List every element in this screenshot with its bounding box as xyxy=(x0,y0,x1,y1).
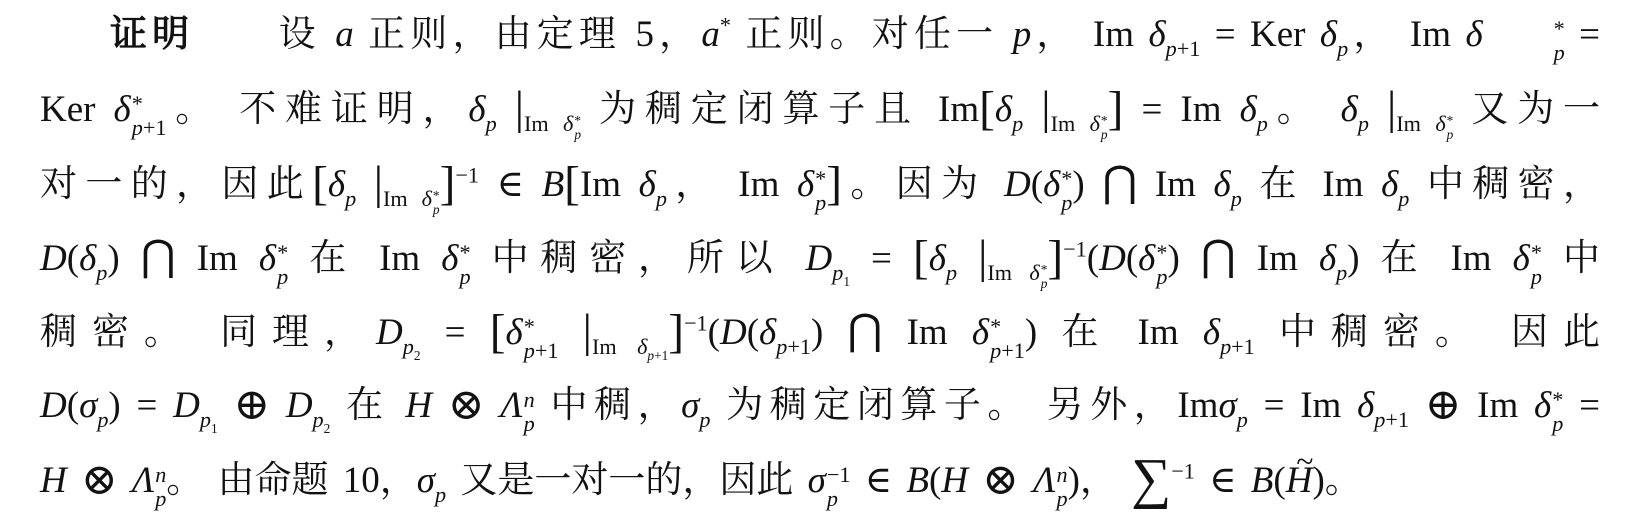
proof-line-3: 对一的，因此[δp |Im δ*p]−1 ∈ B[Im δp， Im δ*p]。… xyxy=(40,149,1600,223)
proof-line-2: Ker δ*p+1。 不难证明，δp |Im δ*p 为稠定闭算子且 Im[δp… xyxy=(40,75,1600,149)
proof-line-5: 稠密。 同理，Dp2 = [δ*p+1 |Im δp+1]−1(D(δp+1) … xyxy=(40,297,1600,371)
proof-page: 证明 设 a 正则，由定理 5，a* 正则。对任一 p， Im δp+1 = K… xyxy=(0,0,1638,518)
proof-line-6: D(σp) = Dp1 ⊕ Dp2 在 H ⊗ Λnp 中稠，σp 为稠定闭算子… xyxy=(40,371,1600,445)
proof-line-7: H ⊗ Λnp。 由命题 10，σp 又是一对一的，因此 σ−1p ∈ B(H … xyxy=(40,445,1600,518)
proof-heading: 证明 xyxy=(110,14,194,55)
proof-line-4: D(δp) ⋂ Im δ*p 在 Im δ*p 中稠密，所以 Dp1 = [δp… xyxy=(40,223,1600,297)
proof-line-1: 证明 设 a 正则，由定理 5，a* 正则。对任一 p， Im δp+1 = K… xyxy=(40,1,1600,75)
